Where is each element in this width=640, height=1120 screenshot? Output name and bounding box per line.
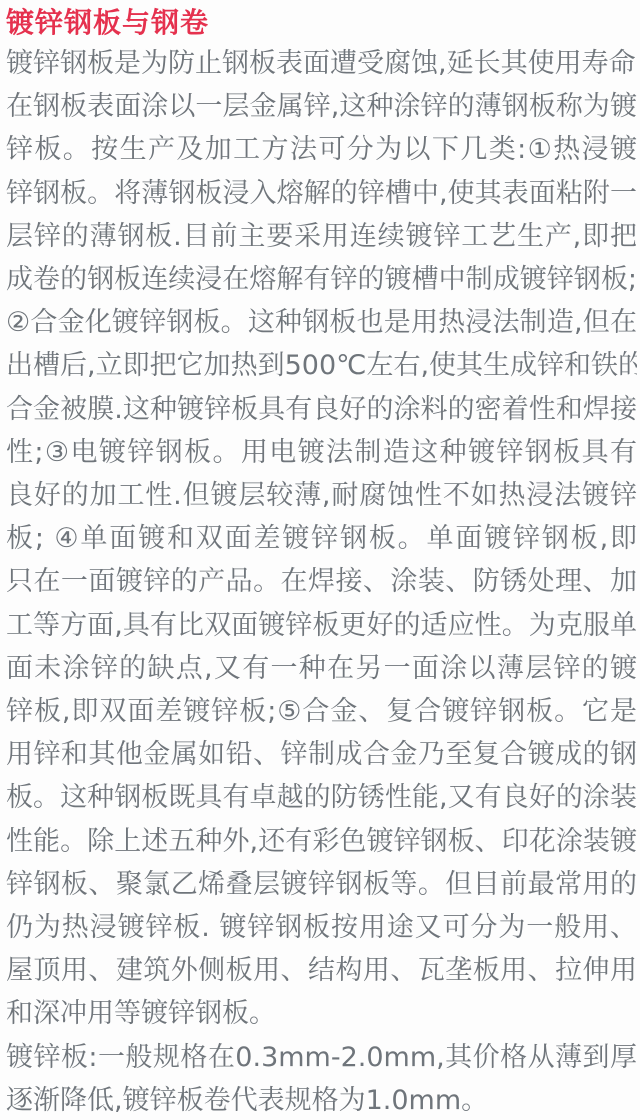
text-line: 镀锌钢板是为防止钢板表面遭受腐蚀,延长其使用寿命,: [6, 42, 637, 85]
text-line: 层锌的薄钢板.目前主要采用连续镀锌工艺生产,即把: [6, 215, 637, 258]
text-line: 逐渐降低,镀锌板卷代表规格为1.0mm。: [6, 1079, 637, 1120]
article-body: 镀锌钢板是为防止钢板表面遭受腐蚀,延长其使用寿命,在钢板表面涂以一层金属锌,这种…: [6, 42, 637, 1120]
text-line: 出槽后,立即把它加热到500℃左右,使其生成锌和铁的: [6, 344, 637, 387]
text-line: 仍为热浸镀锌板. 镀锌钢板按用途又可分为一般用、: [6, 906, 637, 949]
text-line: 锌钢板、聚氯乙烯叠层镀锌钢板等。但目前最常用的: [6, 863, 637, 906]
text-line: 在钢板表面涂以一层金属锌,这种涂锌的薄钢板称为镀: [6, 85, 637, 128]
text-line: 性能。除上述五种外,还有彩色镀锌钢板、印花涂装镀: [6, 820, 637, 863]
text-line: 和深冲用等镀锌钢板。: [6, 992, 637, 1035]
text-line: 工等方面,具有比双面镀锌板更好的适应性。为克服单: [6, 604, 637, 647]
text-line: 面未涂锌的缺点,又有一种在另一面涂以薄层锌的镀: [6, 647, 637, 690]
article-title: 镀锌钢板与钢卷: [6, 3, 637, 42]
text-line: 镀锌板:一般规格在0.3mm-2.0mm,其价格从薄到厚: [6, 1036, 637, 1079]
text-line: 用锌和其他金属如铅、锌制成合金乃至复合镀成的钢: [6, 733, 637, 776]
article-page: 镀锌钢板与钢卷 镀锌钢板是为防止钢板表面遭受腐蚀,延长其使用寿命,在钢板表面涂以…: [0, 0, 640, 1120]
text-line: 锌板。按生产及加工方法可分为以下几类:①热浸镀: [6, 128, 637, 171]
text-line: ②合金化镀锌钢板。这种钢板也是用热浸法制造,但在: [6, 301, 637, 344]
text-line: 板。这种钢板既具有卓越的防锈性能,又有良好的涂装: [6, 776, 637, 819]
text-line: 合金被膜.这种镀锌板具有良好的涂料的密着性和焊接: [6, 388, 637, 431]
text-line: 只在一面镀锌的产品。在焊接、涂装、防锈处理、加: [6, 560, 637, 603]
text-line: 板; ④单面镀和双面差镀锌钢板。单面镀锌钢板,即: [6, 517, 637, 560]
text-line: 成卷的钢板连续浸在熔解有锌的镀槽中制成镀锌钢板;: [6, 258, 637, 301]
text-line: 性;③电镀锌钢板。用电镀法制造这种镀锌钢板具有: [6, 431, 637, 474]
text-line: 屋顶用、建筑外侧板用、结构用、瓦垄板用、拉伸用: [6, 949, 637, 992]
text-line: 锌钢板。将薄钢板浸入熔解的锌槽中,使其表面粘附一: [6, 172, 637, 215]
text-line: 良好的加工性.但镀层较薄,耐腐蚀性不如热浸法镀锌: [6, 474, 637, 517]
text-line: 锌板,即双面差镀锌板;⑤合金、复合镀锌钢板。它是: [6, 690, 637, 733]
